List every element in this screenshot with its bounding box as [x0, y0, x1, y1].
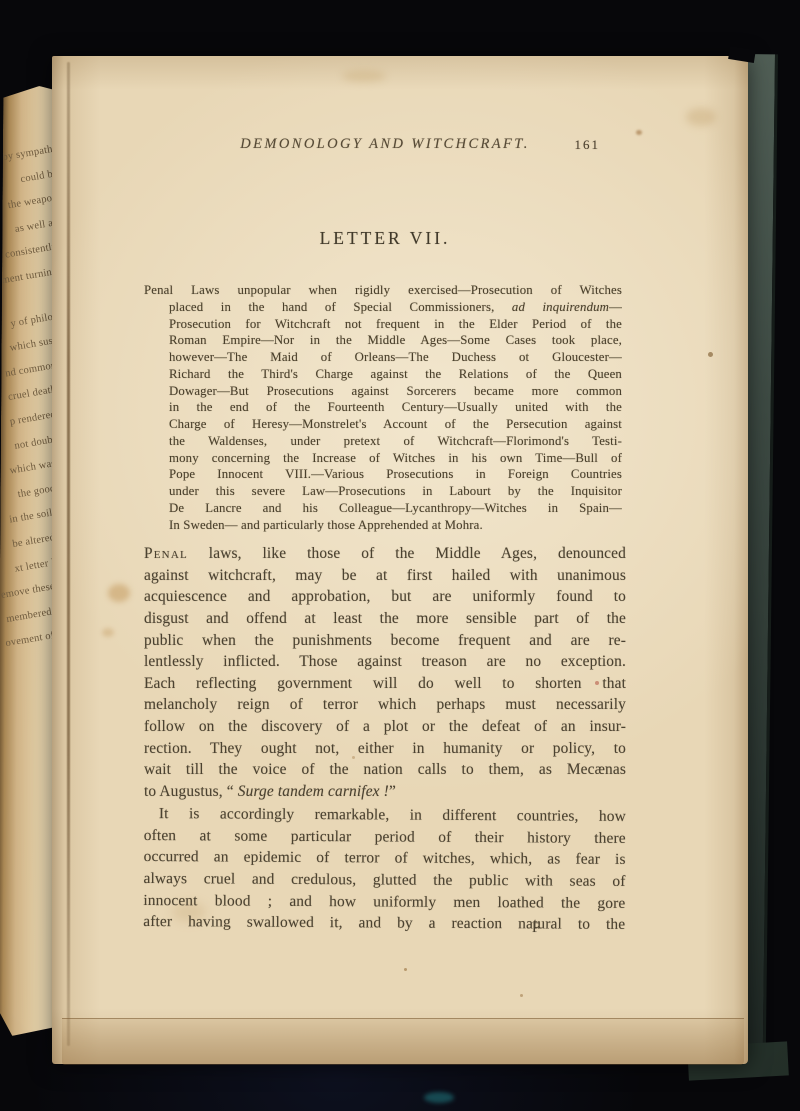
- text-line: acquiescence and approbation, but are un…: [144, 586, 626, 608]
- text-line: Each reflecting government will do well …: [144, 673, 626, 695]
- text-line: placed in the hand of Special Commission…: [144, 299, 622, 316]
- gutter-crease: [67, 62, 70, 1046]
- text-line: lentlessly inflicted. Those against trea…: [144, 651, 626, 673]
- text-line: occurred an epidemic of terror of witche…: [144, 846, 626, 871]
- cover-highlight: [424, 1092, 454, 1103]
- paragraph: Penal laws, like those of the Middle Age…: [144, 543, 626, 803]
- foxing-spot: [102, 628, 114, 637]
- text-line: De Lancre and his Colleague—Lycanthropy—…: [144, 500, 622, 517]
- foxing-spot: [686, 108, 716, 126]
- text-line: Roman Empire—Nor in the Middle Ages—Some…: [144, 332, 622, 349]
- text-line: disgust and offend at least the more sen…: [144, 608, 626, 630]
- text-line: follow on the discovery of a plot or the…: [144, 716, 626, 738]
- text-line: It is accordingly remarkable, in differe…: [144, 803, 626, 828]
- text-line: against witchcraft, may be at first hail…: [144, 565, 626, 587]
- text-line: melancholy reign of terror which perhaps…: [144, 694, 626, 716]
- text-line: wait till the voice of the nation calls …: [144, 759, 626, 781]
- text-line: Penal laws, like those of the Middle Age…: [144, 543, 626, 565]
- text-line: Pope Innocent VIII.—Various Prosecutions…: [144, 466, 622, 483]
- text-line: Penal Laws unpopular when rigidly exerci…: [144, 282, 622, 299]
- text-line: however—The Maid of Orleans—The Duchess …: [144, 349, 622, 366]
- text-line: in the end of the Fourteenth Century—Usu…: [144, 399, 622, 416]
- paragraph: It is accordingly remarkable, in differe…: [143, 803, 626, 936]
- text-line: often at some particular period of their…: [144, 824, 626, 849]
- text-line: after having swallowed it, and by a reac…: [143, 911, 625, 936]
- text-line: Dowager—But Prosecutions against Sorcere…: [144, 383, 622, 400]
- photo-of-open-book: by sympathycould bethe weaponas well asc…: [0, 0, 800, 1111]
- text-line: Richard the Third's Charge against the R…: [144, 366, 622, 383]
- text-line: rection. They ought not, either in human…: [144, 738, 626, 760]
- text-line: under this severe Law—Prosecutions in La…: [144, 483, 622, 500]
- chapter-argument: Penal Laws unpopular when rigidly exerci…: [144, 282, 622, 533]
- text-line: In Sweden— and particularly those Appreh…: [144, 517, 622, 534]
- text-line: public when the punishments become frequ…: [144, 630, 626, 652]
- text-line: innocent blood ; and how uniformly men l…: [143, 889, 625, 914]
- book-page: DEMONOLOGY AND WITCHCRAFT. 161 LETTER VI…: [52, 56, 748, 1064]
- text-column: DEMONOLOGY AND WITCHCRAFT. 161 LETTER VI…: [144, 56, 626, 1064]
- text-line: mony concerning the Increase of Witches …: [144, 450, 622, 467]
- running-header-title: DEMONOLOGY AND WITCHCRAFT.: [240, 136, 529, 152]
- foxing-spot: [636, 130, 642, 135]
- foxing-spot: [108, 584, 130, 602]
- text-line: Charge of Heresy—Monstrelet's Account of…: [144, 416, 622, 433]
- chapter-heading: LETTER VII.: [144, 228, 626, 249]
- running-header: DEMONOLOGY AND WITCHCRAFT. 161: [144, 136, 626, 153]
- signature-mark: F: [532, 920, 540, 937]
- text-line: the Waldenses, under pretext of Witchcra…: [144, 433, 622, 450]
- text-line: always cruel and credulous, glutted the …: [143, 868, 625, 893]
- page-number: 161: [575, 137, 601, 153]
- body-text: Penal laws, like those of the Middle Age…: [144, 543, 626, 933]
- foxing-spot: [708, 352, 713, 357]
- text-line: to Augustus, “ Surge tandem carnifex !”: [144, 781, 626, 803]
- text-line: Prosecution for Witchcraft not frequent …: [144, 316, 622, 333]
